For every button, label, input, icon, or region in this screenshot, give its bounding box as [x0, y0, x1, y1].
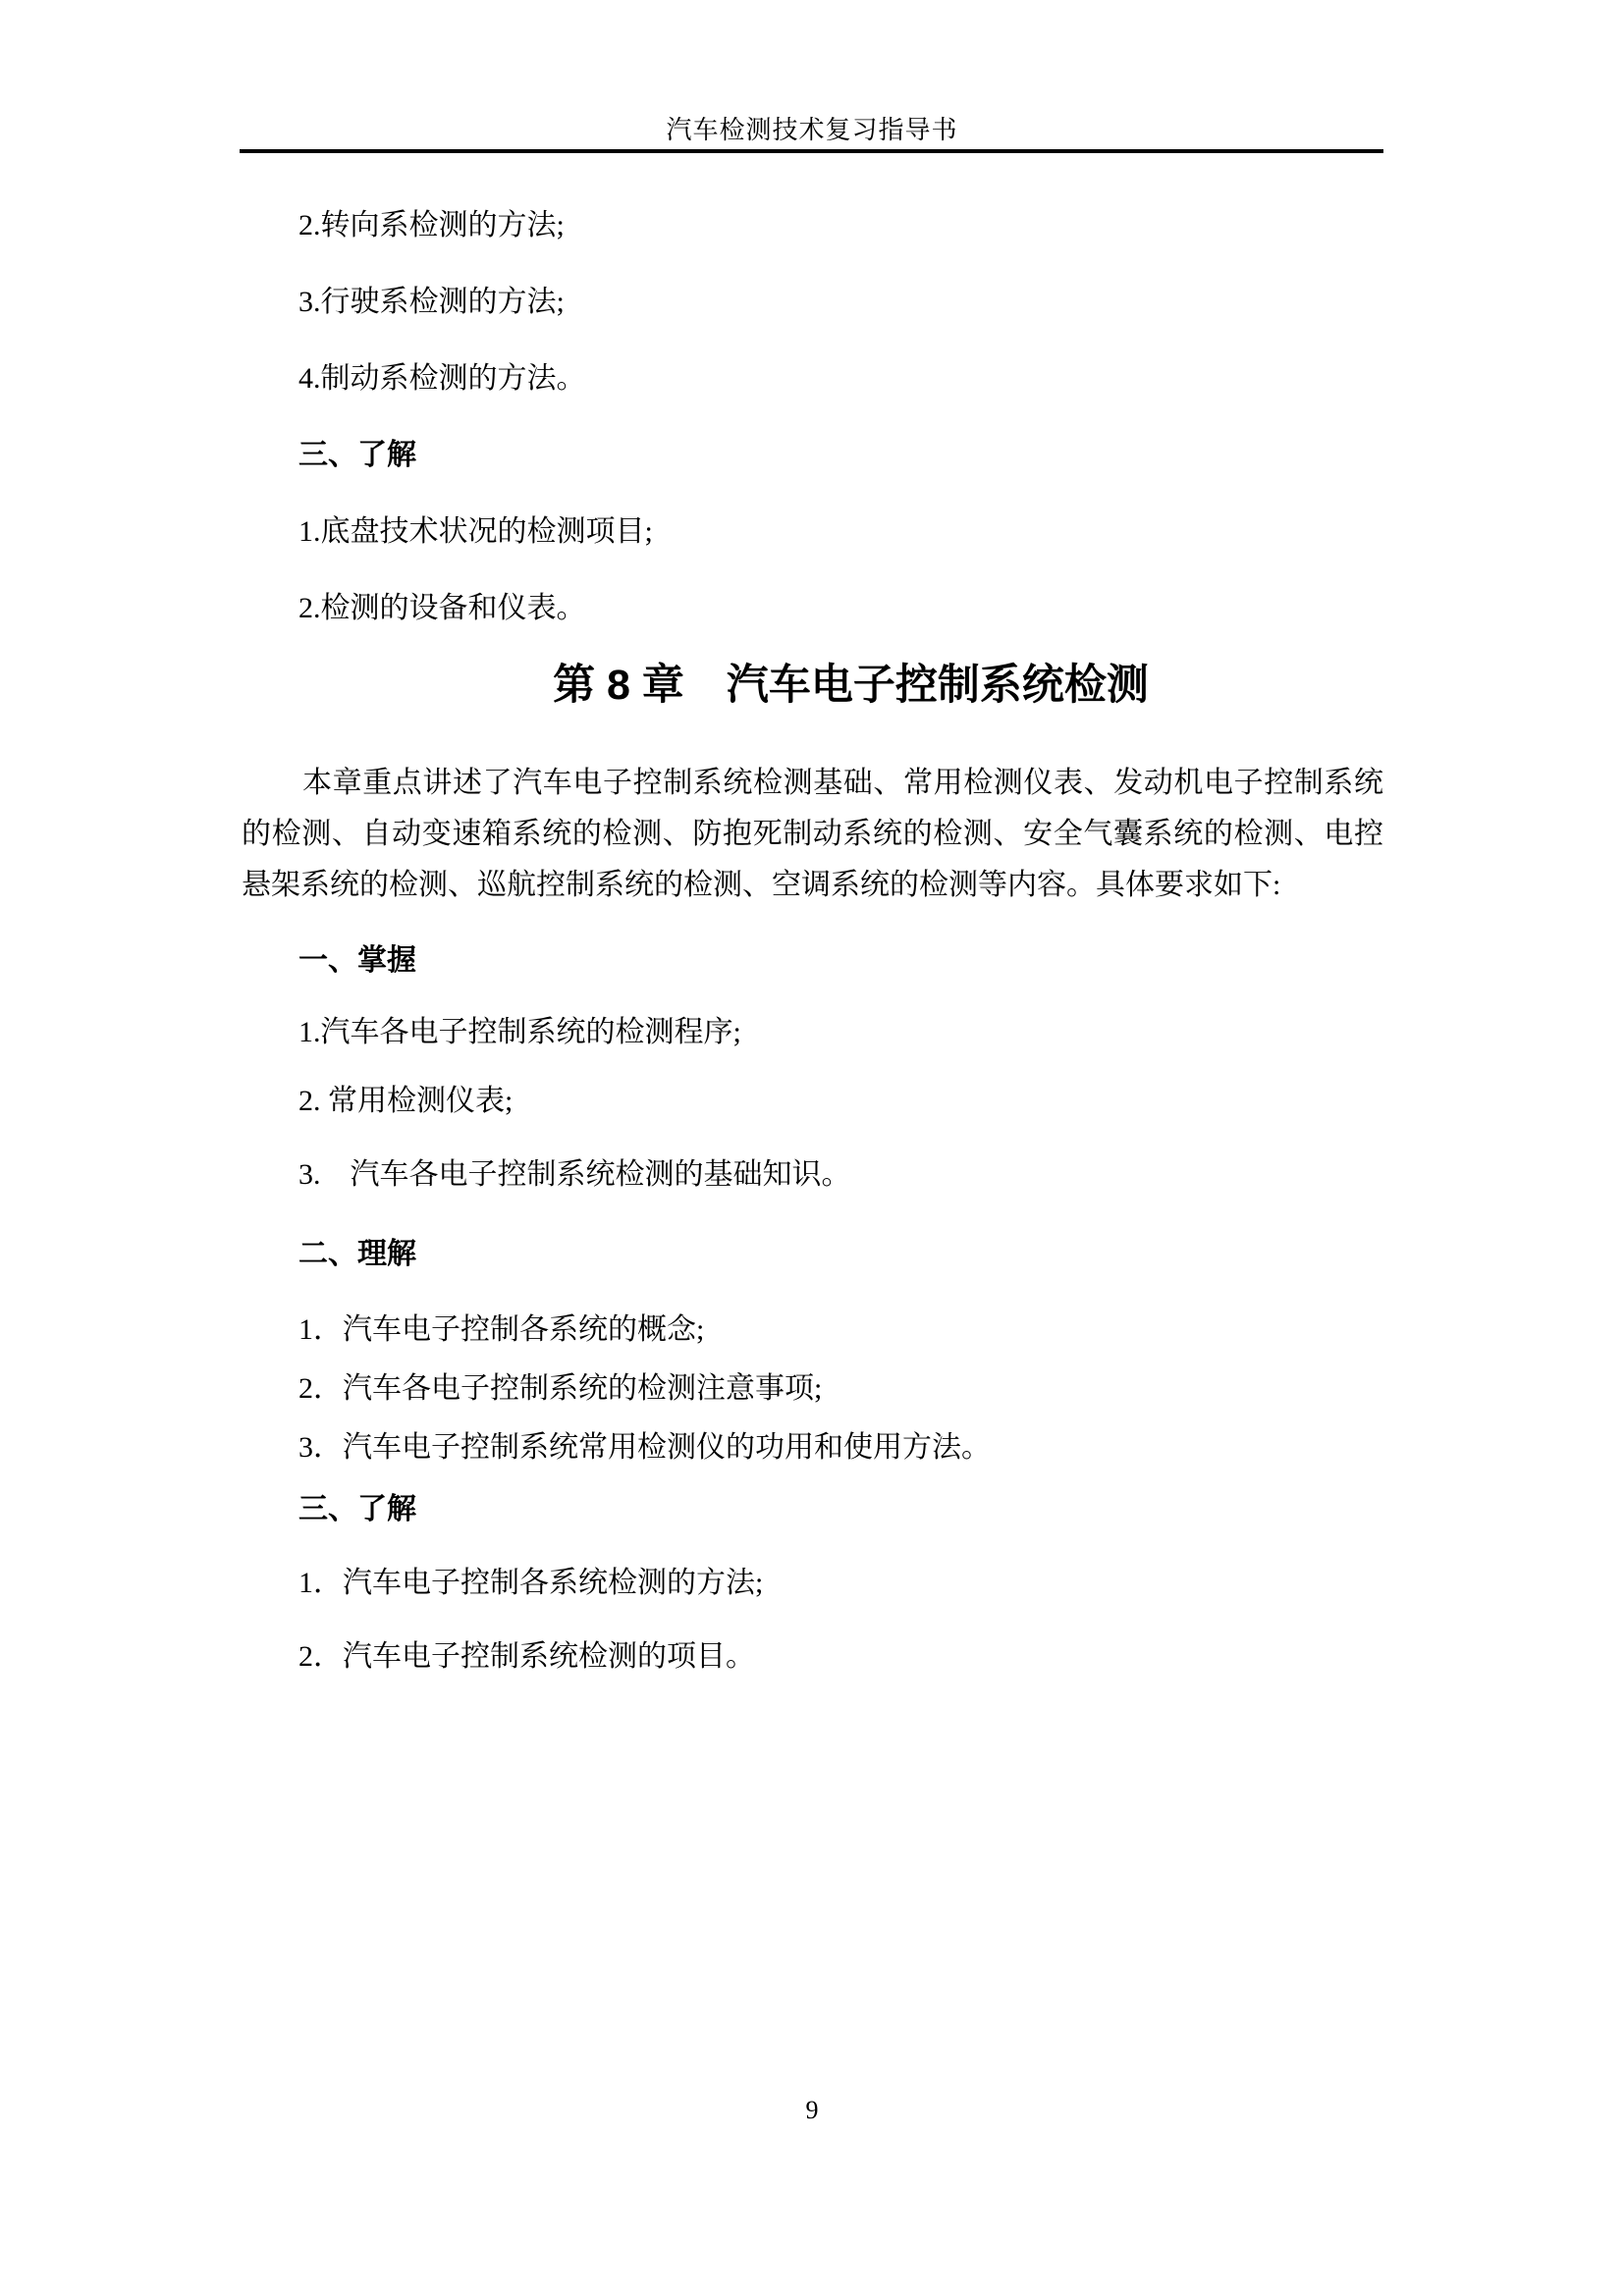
list-item: 2. 常用检测仪表; [242, 1086, 1383, 1117]
list-item: 1.底盘技术状况的检测项目; [242, 516, 1383, 548]
section-heading-master: 一、掌握 [242, 945, 1383, 977]
list-item: 1．汽车电子控制各系统检测的方法; [242, 1568, 1383, 1599]
list-item: 2.检测的设备和仪表。 [242, 593, 1383, 624]
document-page: 汽车检测技术复习指导书 2.转向系检测的方法; 3.行驶系检测的方法; 4.制动… [0, 0, 1624, 2296]
list-item: 2.转向系检测的方法; [242, 210, 1383, 241]
section-heading-comprehend: 二、理解 [242, 1239, 1383, 1270]
list-item: 2．汽车电子控制系统检测的项目。 [242, 1641, 1383, 1673]
section-heading-understand: 三、了解 [242, 440, 1383, 471]
chapter-intro-paragraph: 本章重点讲述了汽车电子控制系统检测基础、常用检测仪表、发动机电子控制系统的检测、… [242, 758, 1383, 911]
section-heading-know: 三、了解 [242, 1494, 1383, 1525]
chapter-title: 第 8 章 汽车电子控制系统检测 [242, 658, 1383, 713]
list-item: 3．汽车电子控制系统常用检测仪的功用和使用方法。 [242, 1432, 1383, 1464]
list-item: 2．汽车各电子控制系统的检测注意事项; [242, 1373, 1383, 1405]
list-item: 3.行驶系检测的方法; [242, 287, 1383, 318]
list-item: 1.汽车各电子控制系统的检测程序; [242, 1017, 1383, 1048]
page-number: 9 [0, 2097, 1624, 2124]
page-content: 2.转向系检测的方法; 3.行驶系检测的方法; 4.制动系检测的方法。 三、了解… [242, 0, 1383, 1673]
list-item: 4.制动系检测的方法。 [242, 363, 1383, 395]
list-item: 1．汽车电子控制各系统的概念; [242, 1314, 1383, 1346]
list-item: 3. 汽车各电子控制系统检测的基础知识。 [242, 1159, 1383, 1191]
